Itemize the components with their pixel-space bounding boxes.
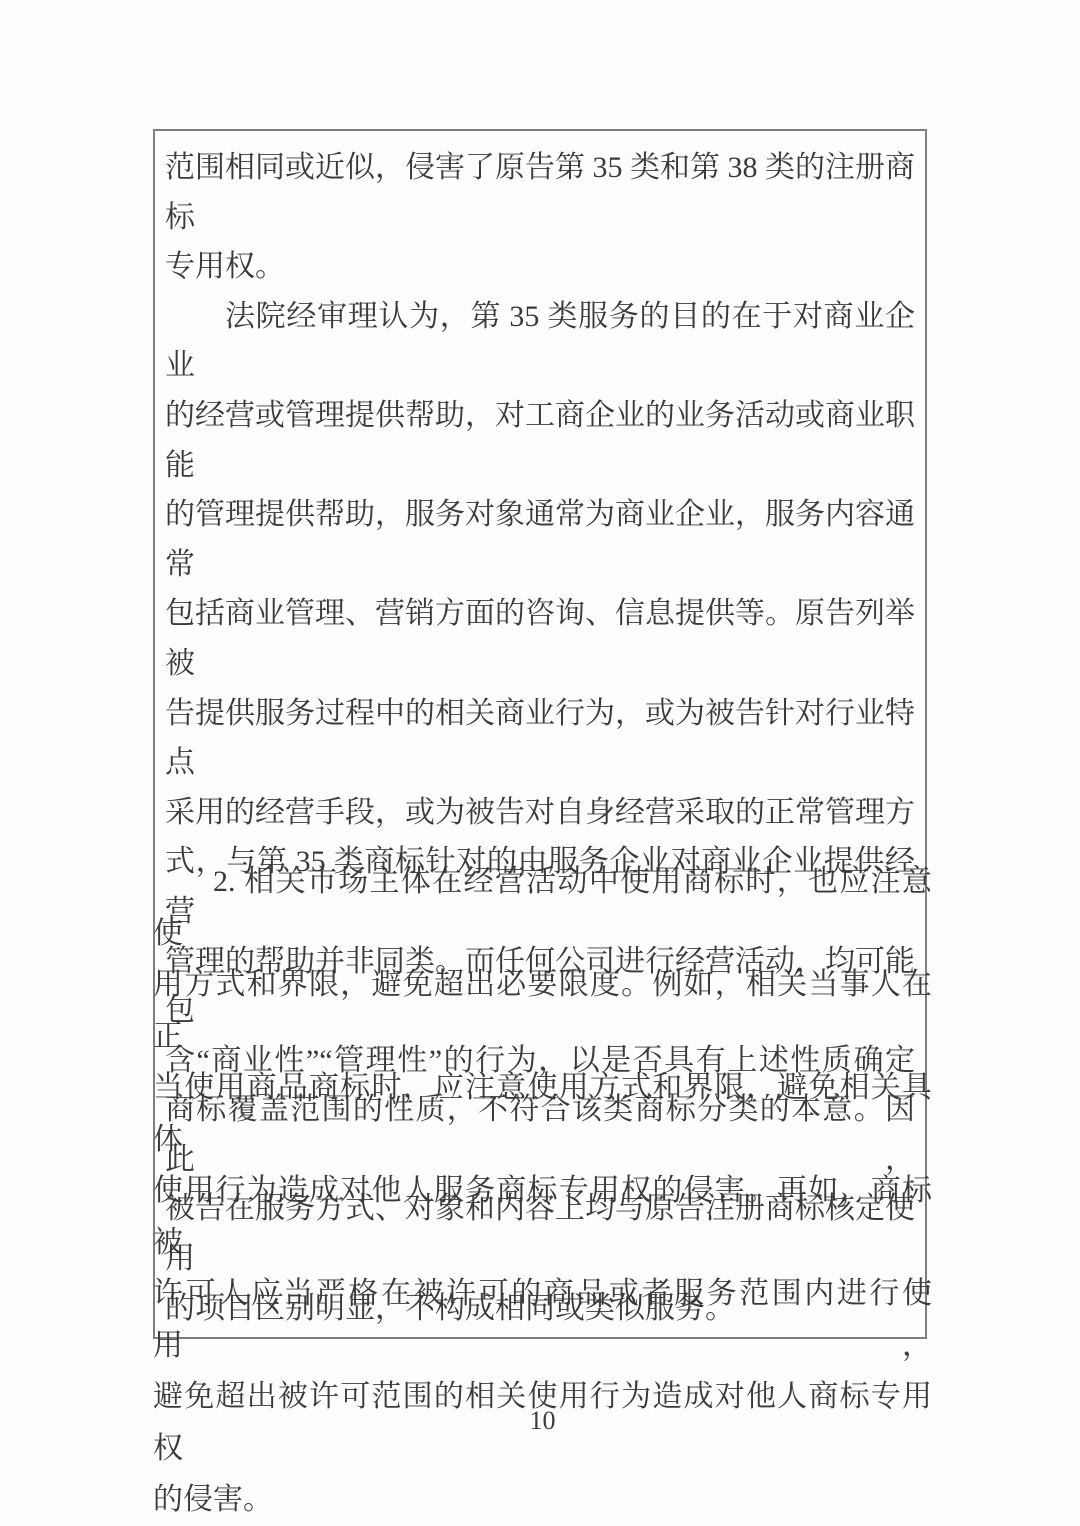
text-line: 告提供服务过程中的相关商业行为，或为被告针对行业特点 [165,689,915,788]
text-line: 使用行为造成对他人服务商标专用权的侵害。再如，商标被 [153,1165,932,1268]
text-line: 当使用商品商标时，应注意使用方式和界限，避免相关具体 [153,1062,932,1165]
text-line: 用方式和界限，避免超出必要限度。例如，相关当事人在正 [153,959,932,1062]
text-line: 包括商业管理、营销方面的咨询、信息提供等。原告列举被 [165,589,915,688]
text-line: 专用权。 [165,242,915,292]
document-page: 范围相同或近似，侵害了原告第 35 类和第 38 类的注册商标专用权。法院经审理… [0,0,1080,1526]
text-line: 范围相同或近似，侵害了原告第 35 类和第 38 类的注册商标 [165,143,915,242]
text-line: 的侵害。 [153,1474,932,1526]
text-line: 的经营或管理提供帮助，对工商企业的业务活动或商业职能 [165,391,915,490]
text-line: 法院经审理认为，第 35 类服务的目的在于对商业企业 [165,292,915,391]
text-line: 的管理提供帮助，服务对象通常为商业企业，服务内容通常 [165,490,915,589]
text-line: 2. 相关市场主体在经营活动中使用商标时，也应注意使 [153,856,932,959]
text-line: 采用的经营手段，或为被告对自身经营采取的正常管理方 [165,788,915,838]
text-line: 许可人应当严格在被许可的商品或者服务范围内进行使用， [153,1268,932,1371]
page-number: 10 [153,1406,932,1436]
